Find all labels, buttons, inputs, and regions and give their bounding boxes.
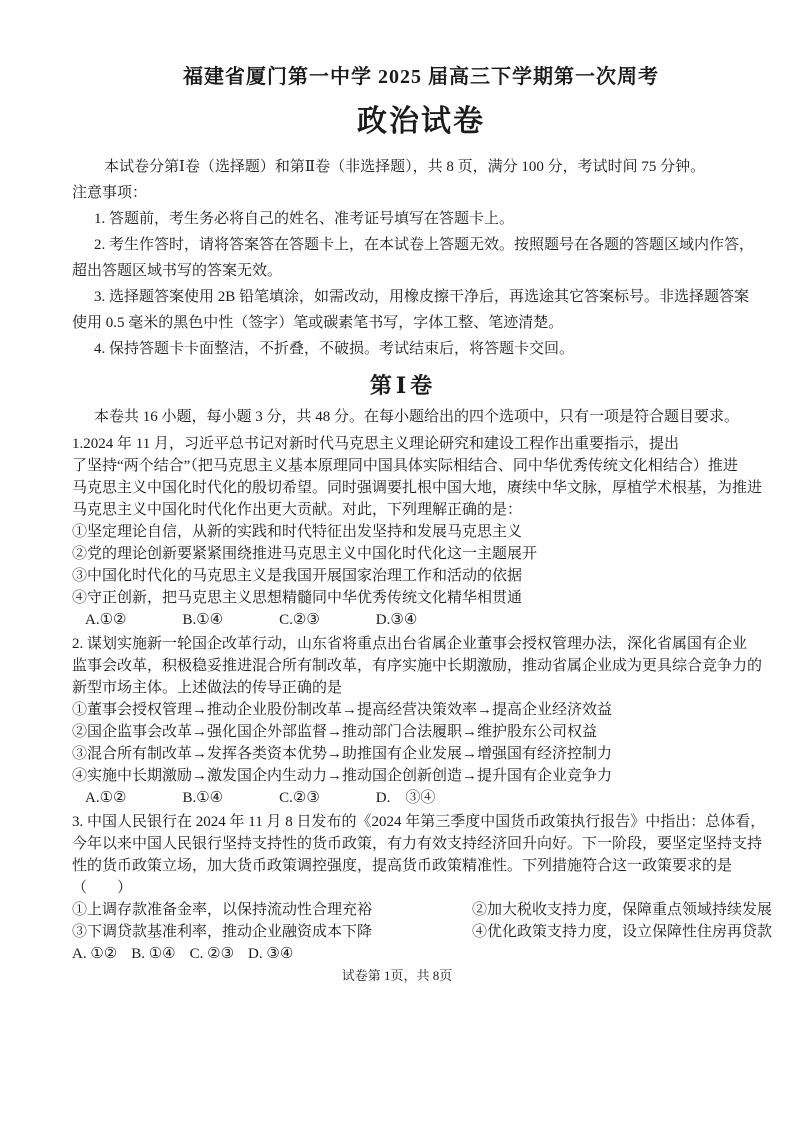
notice-item-2-line-2: 超出答题区域书写的答案无效。 <box>72 258 794 284</box>
question-1: 1.2024 年 11 月，习近平总书记对新时代马克思主义理论研究和建设工程作出… <box>72 433 794 631</box>
q3-option-1: ①上调存款准备金率，以保持流动性合理充裕 <box>72 899 472 921</box>
q2-option-2: ②国企监事会改革→强化国企外部监督→推动部门合法履职→维护股东公司权益 <box>72 721 794 743</box>
q3-option-4: ④优化政策支持力度，设立保障性住房再贷款 <box>472 921 772 943</box>
paper-title: 政治试卷 <box>72 104 770 140</box>
exam-info: 本试卷分第Ⅰ卷（选择题）和第Ⅱ卷（非选择题），共 8 页，满分 100 分，考试… <box>72 154 794 180</box>
notice-item-3-line-2: 使用 0.5 毫米的黑色中性（签字）笔或碳素笔书写，字体工整、笔迹清楚。 <box>72 310 794 336</box>
page-footer: 试卷第 1页，共 8页 <box>0 966 794 986</box>
q3-options-row-2: ③下调贷款基准利率，推动企业融资成本下降 ④优化政策支持力度，设立保障性住房再贷… <box>72 921 794 943</box>
q2-stem-line-3: 新型市场主体。上述做法的传导正确的是 <box>72 677 794 699</box>
q3-options-row-1: ①上调存款准备金率，以保持流动性合理充裕 ②加大税收支持力度，保障重点领域持续发… <box>72 899 794 921</box>
q2-choice-b: B.①④ <box>182 787 223 809</box>
exam-paper-page: 福建省厦门第一中学 2025 届高三下学期第一次周考 政治试卷 本试卷分第Ⅰ卷（… <box>0 0 794 1123</box>
notice-item-1: 1. 答题前，考生务必将自己的姓名、准考证号填写在答题卡上。 <box>72 206 794 232</box>
q3-answer-row: A. ①② B. ①④ C. ②③ D. ③④ <box>72 943 794 965</box>
q1-choice-c: C.②③ <box>279 609 320 631</box>
section-1-heading: 第Ⅰ卷 <box>72 371 734 401</box>
q1-choice-d: D.③④ <box>376 609 417 631</box>
section-1-intro: 本卷共 16 小题，每小题 3 分，共 48 分。在每小题给出的四个选项中，只有… <box>72 406 794 428</box>
notice-item-4: 4. 保持答题卡卡面整洁，不折叠，不破损。考试结束后，将答题卡交回。 <box>72 336 794 362</box>
q1-answer-row: A.①② B.①④ C.②③ D.③④ <box>72 609 794 631</box>
school-name: 福建省厦门第一中学 2025 届高三下学期第一次周考 <box>72 62 770 92</box>
question-3: 3. 中国人民银行在 2024 年 11 月 8 日发布的《2024 年第三季度… <box>72 811 794 965</box>
q2-answer-row: A.①② B.①④ C.②③ D. ③④ <box>72 787 794 809</box>
q3-option-2: ②加大税收支持力度，保障重点领域持续发展 <box>472 899 772 921</box>
q1-option-4: ④守正创新，把马克思主义思想精髓同中华优秀传统文化精华相贯通 <box>72 587 794 609</box>
q1-stem-line-4: 马克思主义中国化时代化作出更大贡献。对此，下列理解正确的是： <box>72 499 794 521</box>
q1-stem-line-1: 1.2024 年 11 月，习近平总书记对新时代马克思主义理论研究和建设工程作出… <box>72 433 794 455</box>
q3-stem-line-2: 今年以来中国人民银行坚持支持性的货币政策，有力有效支持经济回升向好。下一阶段，要… <box>72 833 794 855</box>
q1-option-2: ②党的理论创新要紧紧围绕推进马克思主义中国化时代化这一主题展开 <box>72 543 794 565</box>
q3-bracket-line: （ ） <box>72 877 794 899</box>
q2-stem-line-2: 监事会改革，积极稳妥推进混合所有制改革，有序实施中长期激励，推动省属企业成为更具… <box>72 655 794 677</box>
notice-title: 注意事项： <box>72 180 794 206</box>
notice-item-3-line-1: 3. 选择题答案使用 2B 铅笔填涂，如需改动，用橡皮擦干净后，再选途其它答案标… <box>72 284 794 310</box>
q3-choice-b: B. ①④ <box>131 943 175 965</box>
q1-stem-line-3: 马克思主义中国化时代化的殷切希望。同时强调要扎根中国大地，赓续中华文脉，厚植学术… <box>72 477 794 499</box>
q2-choice-c: C.②③ <box>279 787 320 809</box>
q1-option-1: ①坚定理论自信，从新的实践和时代特征出发坚持和发展马克思主义 <box>72 521 794 543</box>
q2-option-1: ①董事会授权管理→推动企业股份制改革→提高经营决策效率→提高企业经济效益 <box>72 699 794 721</box>
question-2: 2. 谋划实施新一轮国企改革行动，山东省将重点出台省属企业董事会授权管理办法，深… <box>72 633 794 809</box>
q2-option-4: ④实施中长期激励→激发国企内生动力→推动国企创新创造→提升国有企业竞争力 <box>72 765 794 787</box>
q1-stem-line-2: 了坚持“两个结合”（把马克思主义基本原理同中国具体实际相结合、同中华优秀传统文化… <box>72 455 794 477</box>
q3-option-3: ③下调贷款基准利率，推动企业融资成本下降 <box>72 921 472 943</box>
q2-option-3: ③混合所有制改革→发挥各类资本优势→助推国有企业发展→增强国有经济控制力 <box>72 743 794 765</box>
q3-choice-d: D. ③④ <box>248 943 293 965</box>
q3-choice-c: C. ②③ <box>190 943 234 965</box>
q1-choice-a: A.①② <box>85 609 126 631</box>
q1-option-3: ③中国化时代化的马克思主义是我国开展国家治理工作和活动的依据 <box>72 565 794 587</box>
q3-stem-line-1: 3. 中国人民银行在 2024 年 11 月 8 日发布的《2024 年第三季度… <box>72 811 794 833</box>
q1-choice-b: B.①④ <box>182 609 223 631</box>
q3-stem-line-3: 性的货币政策立场，加大货币政策调控强度，提高货币政策精准性。下列措施符合这一政策… <box>72 855 794 877</box>
q2-choice-a: A.①② <box>85 787 126 809</box>
notice-item-2-line-1: 2. 考生作答时，请将答案答在答题卡上，在本试卷上答题无效。按照题号在各题的答题… <box>72 232 794 258</box>
q3-choice-a: A. ①② <box>72 943 117 965</box>
q2-stem-line-1: 2. 谋划实施新一轮国企改革行动，山东省将重点出台省属企业董事会授权管理办法，深… <box>72 633 794 655</box>
q2-choice-d: D. ③④ <box>376 787 436 809</box>
